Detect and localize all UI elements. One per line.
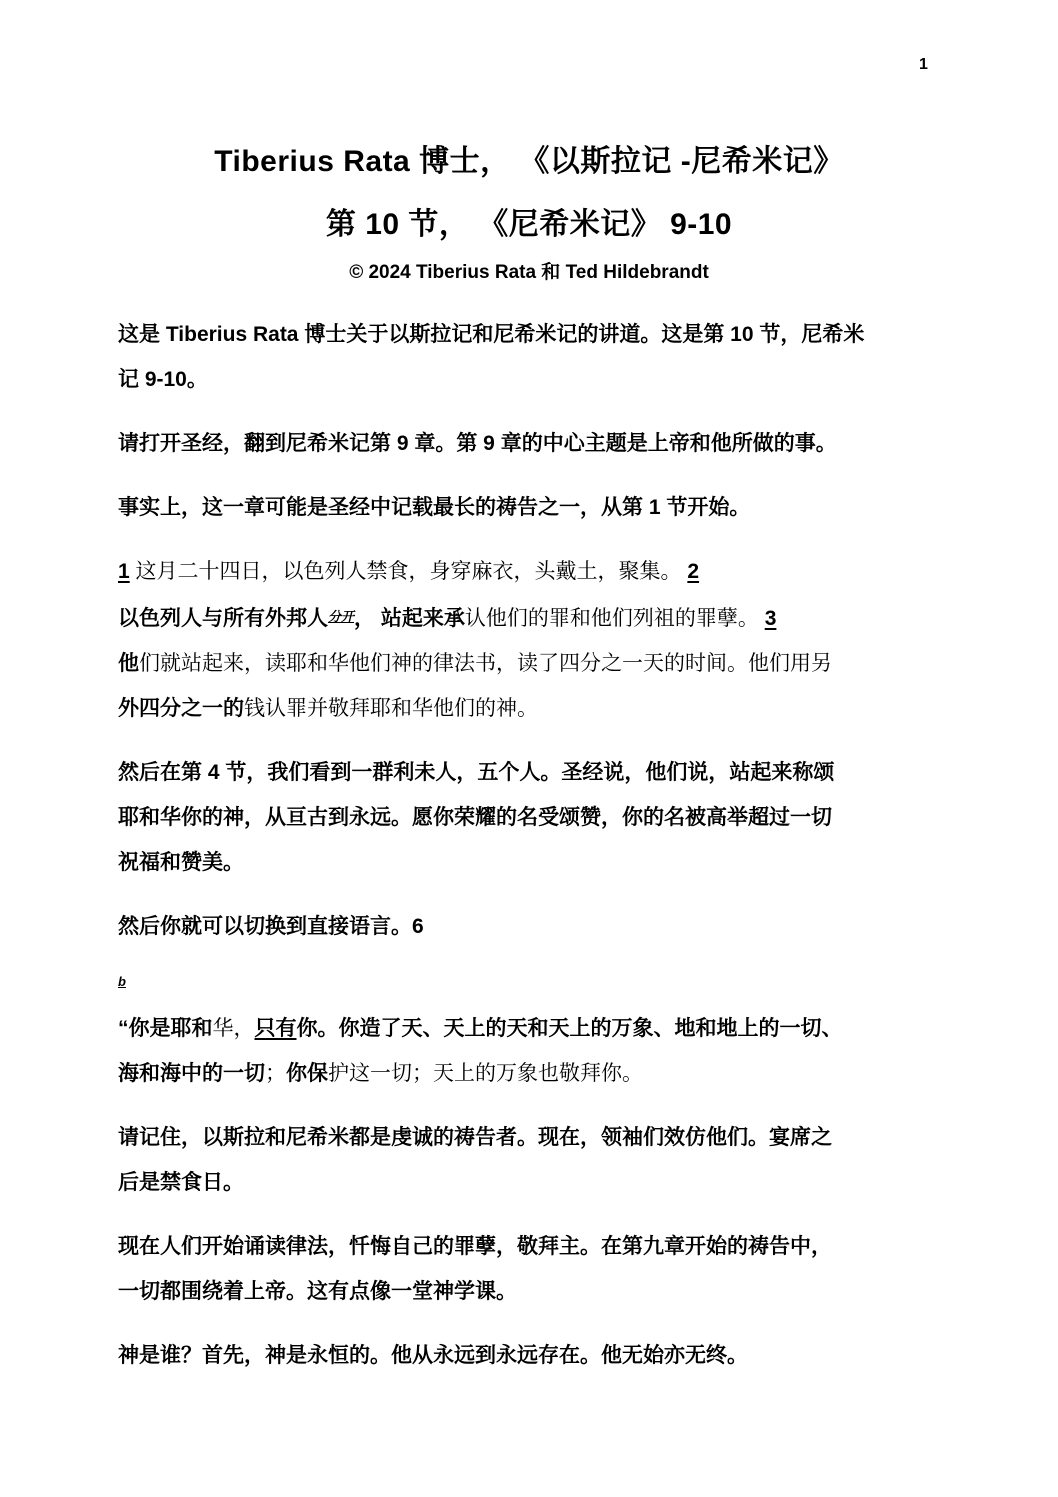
text-run: 现在人们开始诵读律法，忏悔自己的罪孽，敬拜主。在第九章开始的祷告中，: [118, 1235, 832, 1258]
text-run: 然后在第 4 节，我们看到一群利未人，五个人。圣经说，他们说，站起来称颂: [118, 761, 834, 784]
text-run: 这月二十四日，以色列人禁食，身穿麻衣，头戴土，聚集。: [130, 560, 688, 583]
title-line-1: Tiberius Rata 博士， 《以斯拉记 -尼希米记》: [0, 130, 1058, 193]
paragraph-line: 事实上，这一章可能是圣经中记载最长的祷告之一，从第 1 节开始。: [118, 485, 936, 530]
paragraph-line: 然后你就可以切换到直接语言。6: [118, 904, 936, 949]
text-run: 们就站起来，读耶和华他们神的律法书，读了四分之一天的时间。他们用另: [139, 652, 832, 675]
document-header: Tiberius Rata 博士， 《以斯拉记 -尼希米记》 第 10 节， 《…: [0, 0, 1058, 288]
p-scripture-neh9-1-3: 1 这月二十四日，以色列人禁食，身穿麻衣，头戴土，聚集。 2以色列人与所有外邦人…: [118, 549, 936, 731]
p-longest-prayer: 事实上，这一章可能是圣经中记载最长的祷告之一，从第 1 节开始。: [118, 485, 936, 530]
text-run: 这是 Tiberius Rata 博士关于以斯拉记和尼希米记的讲道。这是第 10…: [118, 323, 864, 346]
p-scripture-neh9-6: “你是耶和华，只有你。你造了天、天上的天和天上的万象、地和地上的一切、海和海中的…: [118, 1006, 936, 1096]
text-run: 钱认罪并敬拜耶和华他们的神。: [244, 697, 538, 720]
text-run: b: [118, 974, 126, 989]
p-open-bible: 请打开圣经，翻到尼希米记第 9 章。第 9 章的中心主题是上帝和他所做的事。: [118, 421, 936, 466]
p-who-is-god: 神是谁？首先，神是永恒的。他从永远到永远存在。他无始亦无终。: [118, 1333, 936, 1378]
document-body: 这是 Tiberius Rata 博士关于以斯拉记和尼希米记的讲道。这是第 10…: [118, 312, 936, 1378]
p-intro: 这是 Tiberius Rata 博士关于以斯拉记和尼希米记的讲道。这是第 10…: [118, 312, 936, 402]
paragraph-line: 他们就站起来，读耶和华他们神的律法书，读了四分之一天的时间。他们用另: [118, 641, 936, 686]
text-run: 1: [118, 560, 130, 583]
text-run: ，: [354, 607, 381, 630]
text-run: 华: [213, 1017, 234, 1040]
paragraph-line: 记 9-10。: [118, 357, 936, 402]
p-direct-language: 然后你就可以切换到直接语言。6: [118, 904, 936, 949]
text-run: 只有: [255, 1017, 297, 1040]
text-run: 海和海中的一切: [118, 1062, 265, 1085]
text-run: 护这一切；天上的万象也敬拜你。: [328, 1062, 643, 1085]
paragraph-line: b: [118, 968, 936, 998]
text-run: ；: [265, 1062, 286, 1085]
paragraph-line: 后是禁食日。: [118, 1160, 936, 1205]
text-run: 3: [765, 607, 777, 630]
text-run: 请打开圣经，翻到尼希米记第 9 章。第 9 章的中心主题是上帝和他所做的事。: [118, 432, 837, 455]
paragraph-line: 请记住，以斯拉和尼希米都是虔诚的祷告者。现在，领袖们效仿他们。宴席之: [118, 1115, 936, 1160]
paragraph-line: 海和海中的一切；你保护这一切；天上的万象也敬拜你。: [118, 1051, 936, 1096]
paragraph-line: 一切都围绕着上帝。这有点像一堂神学课。: [118, 1269, 936, 1314]
p-footnote-marker: b: [118, 968, 936, 998]
page-number: 1: [919, 56, 928, 74]
text-run: 后是禁食日。: [118, 1171, 244, 1194]
paragraph-line: 现在人们开始诵读律法，忏悔自己的罪孽，敬拜主。在第九章开始的祷告中，: [118, 1224, 936, 1269]
text-run: 以色列人与所有外邦人: [118, 607, 328, 630]
text-run: 你。你造了天、天上的天和天上的万象、地和地上的一切、: [297, 1017, 843, 1040]
text-run: 事实上，这一章可能是圣经中记载最长的祷告之一，从第 1 节开始。: [118, 496, 750, 519]
paragraph-line: 1 这月二十四日，以色列人禁食，身穿麻衣，头戴土，聚集。 2: [118, 549, 936, 594]
paragraph-line: 请打开圣经，翻到尼希米记第 9 章。第 9 章的中心主题是上帝和他所做的事。: [118, 421, 936, 466]
text-run: 认他们的罪和他们列祖的罪孽。: [465, 607, 765, 630]
copyright-line: © 2024 Tiberius Rata 和 Ted Hildebrandt: [0, 258, 1058, 288]
text-run: 你保: [286, 1062, 328, 1085]
text-run: 然后你就可以切换到直接语言。6: [118, 915, 424, 938]
text-run: 神是谁？首先，神是永恒的。他从永远到永远存在。他无始亦无终。: [118, 1344, 748, 1367]
text-run: 一切都围绕着上帝。这有点像一堂神学课。: [118, 1280, 517, 1303]
paragraph-line: 以色列人与所有外邦人分开， 站起来承认他们的罪和他们列祖的罪孽。 3: [118, 594, 936, 641]
p-remember: 请记住，以斯拉和尼希米都是虔诚的祷告者。现在，领袖们效仿他们。宴席之后是禁食日。: [118, 1115, 936, 1205]
text-run: 外四分之一的: [118, 697, 244, 720]
paragraph-line: 外四分之一的钱认罪并敬拜耶和华他们的神。: [118, 686, 936, 731]
title-line-2: 第 10 节， 《尼希米记》 9-10: [0, 193, 1058, 256]
paragraph-line: 祝福和赞美。: [118, 840, 936, 885]
text-run: 他: [118, 652, 139, 675]
paragraph-line: 然后在第 4 节，我们看到一群利未人，五个人。圣经说，他们说，站起来称颂: [118, 750, 936, 795]
paragraph-line: “你是耶和华，只有你。你造了天、天上的天和天上的万象、地和地上的一切、: [118, 1006, 936, 1051]
paragraph-line: 这是 Tiberius Rata 博士关于以斯拉记和尼希米记的讲道。这是第 10…: [118, 312, 936, 357]
text-run: 记 9-10。: [118, 368, 208, 391]
text-run: 分开: [328, 609, 354, 624]
p-reading-law: 现在人们开始诵读律法，忏悔自己的罪孽，敬拜主。在第九章开始的祷告中，一切都围绕着…: [118, 1224, 936, 1314]
document-page: 1 Tiberius Rata 博士， 《以斯拉记 -尼希米记》 第 10 节，…: [0, 0, 1058, 1497]
paragraph-line: 耶和华你的神，从亘古到永远。愿你荣耀的名受颂赞，你的名被高举超过一切: [118, 795, 936, 840]
p-levites: 然后在第 4 节，我们看到一群利未人，五个人。圣经说，他们说，站起来称颂耶和华你…: [118, 750, 936, 885]
text-run: 请记住，以斯拉和尼希米都是虔诚的祷告者。现在，领袖们效仿他们。宴席之: [118, 1126, 832, 1149]
text-run: 祝福和赞美。: [118, 851, 244, 874]
text-run: ，: [234, 1017, 255, 1040]
text-run: 站起来承: [381, 607, 465, 630]
paragraph-line: 神是谁？首先，神是永恒的。他从永远到永远存在。他无始亦无终。: [118, 1333, 936, 1378]
text-run: “你是耶和: [118, 1017, 213, 1040]
text-run: 耶和华你的神，从亘古到永远。愿你荣耀的名受颂赞，你的名被高举超过一切: [118, 806, 832, 829]
text-run: 2: [687, 560, 699, 583]
